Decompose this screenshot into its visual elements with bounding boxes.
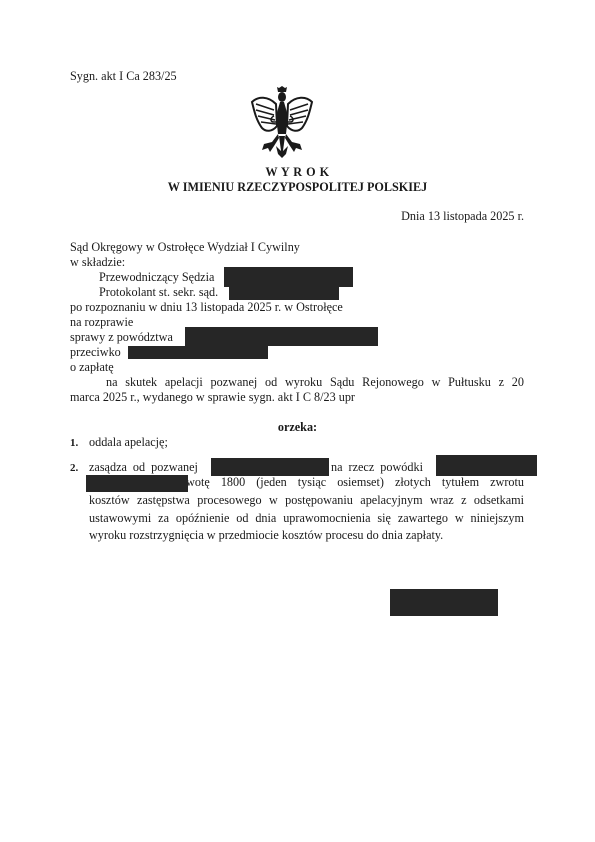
polish-eagle-emblem-icon: [250, 86, 314, 160]
redacted-plaintiff-name-3: [86, 475, 188, 492]
composition-label: w składzie:: [70, 255, 125, 270]
against-label: przeciwko: [70, 345, 121, 360]
ruling-item-2-line-5: wyroku rozstrzygnięcia w przedmiocie kos…: [89, 528, 443, 543]
redacted-clerk-name: [229, 286, 339, 300]
plaintiff-label: sprawy z powództwa: [70, 330, 173, 345]
ruling-item-text-1: oddala apelację;: [89, 435, 168, 450]
ruling-item-2-line-3: kosztów zastępstwa procesowego w postępo…: [89, 493, 524, 508]
presiding-judge-label: Przewodniczący Sędzia: [99, 270, 214, 285]
ruling-item-2-part-a: zasądza od pozwanej: [89, 460, 198, 475]
hearing-line: po rozpoznaniu w dniu 13 listopada 2025 …: [70, 300, 343, 315]
case-subject: o zapłatę: [70, 360, 114, 375]
redacted-defendant-name-2: [211, 458, 329, 476]
appeal-line-2: marca 2025 r., wydanego w sprawie sygn. …: [70, 390, 355, 405]
ruling-header: orzeka:: [0, 420, 595, 435]
ruling-item-2-line-4: ustawowymi za opóźnienie od dnia uprawom…: [89, 511, 524, 526]
document-title: W Y R O K: [0, 165, 595, 180]
ruling-item-number-1: 1.: [70, 436, 78, 451]
redacted-judge-name: [224, 267, 353, 287]
redacted-signature: [390, 589, 498, 616]
document-subtitle: W IMIENIU RZECZYPOSPOLITEJ POLSKIEJ: [0, 180, 595, 195]
case-signature: Sygn. akt I Ca 283/25: [70, 69, 177, 84]
appeal-line-1: na skutek apelacji pozwanej od wyroku Są…: [106, 375, 524, 390]
ruling-item-2-part-b: na rzecz powódki: [331, 460, 423, 475]
judgment-date: Dnia 13 listopada 2025 r.: [401, 209, 524, 224]
clerk-label: Protokolant st. sekr. sąd.: [99, 285, 218, 300]
redacted-defendant-name: [128, 346, 268, 359]
redacted-plaintiff-name-2: [436, 455, 537, 476]
ruling-item-number-2: 2.: [70, 461, 78, 476]
redacted-plaintiff-name: [185, 327, 378, 346]
hearing-type: na rozprawie: [70, 315, 133, 330]
ruling-item-2-line-2: kwotę 1800 (jeden tysiąc osiemset) złoty…: [180, 475, 524, 490]
court-name: Sąd Okręgowy w Ostrołęce Wydział I Cywil…: [70, 240, 300, 255]
